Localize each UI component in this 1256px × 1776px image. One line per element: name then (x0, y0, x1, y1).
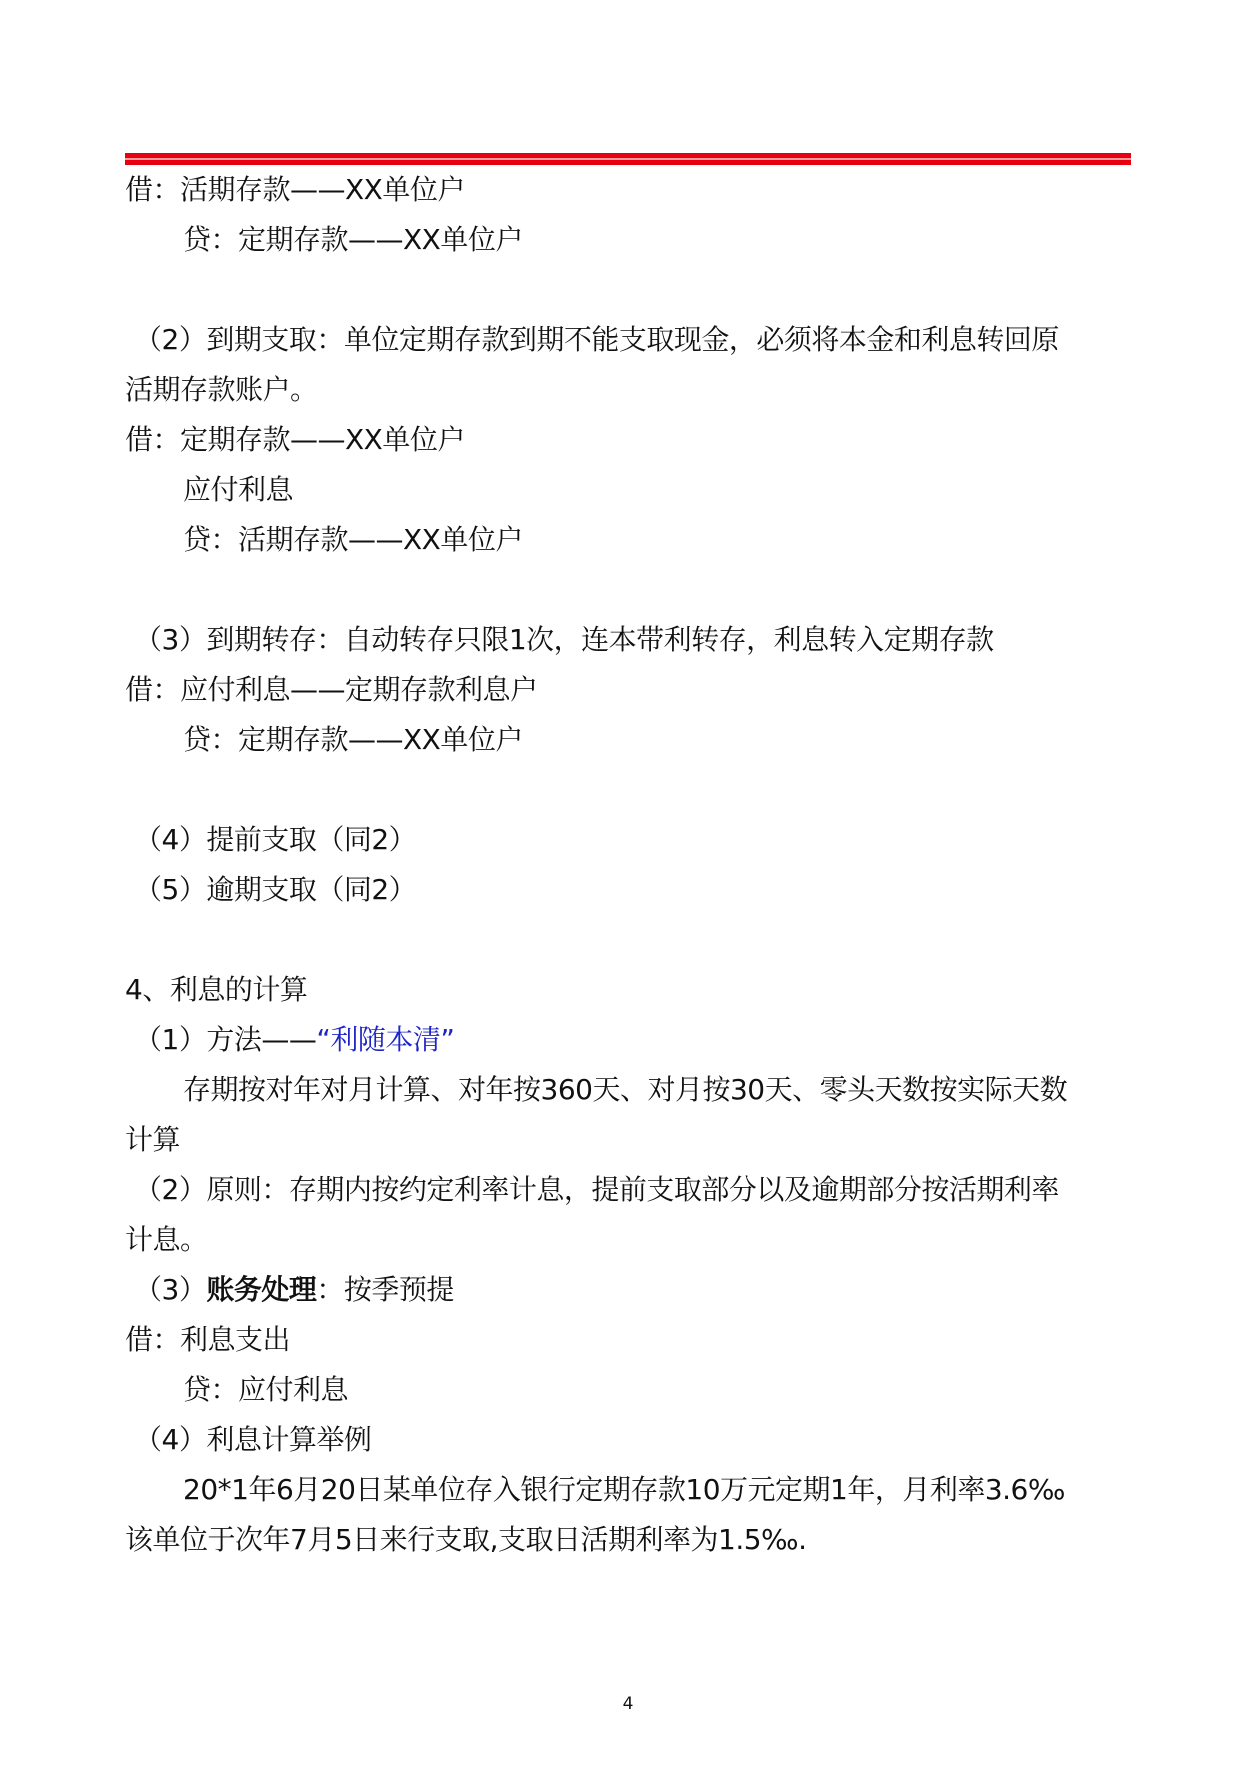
accounting-line: （3）账务处理：按季预提 (134, 1265, 454, 1315)
section4-title: 4、利息的计算 (125, 965, 307, 1015)
item2-heading-cont: 活期存款账户。 (125, 365, 318, 415)
accounting-bold: 账务处理 (206, 1273, 316, 1306)
item2-heading: （2）到期支取：单位定期存款到期不能支取现金，必须将本金和利息转回原 (134, 315, 1059, 365)
accounting-debit: 借：利息支出 (125, 1315, 290, 1365)
method-line: （1）方法——“利随本清” (134, 1015, 454, 1065)
principle: （2）原则：存期内按约定利率计息，提前支取部分以及逾期部分按活期利率 (134, 1165, 1059, 1215)
accounting-suffix: ：按季预提 (316, 1273, 454, 1306)
item3-debit: 借：应付利息——定期存款利息户 (125, 665, 538, 715)
entry1-debit: 借：活期存款——XX单位户 (125, 165, 465, 215)
item2-debit: 借：定期存款——XX单位户 (125, 415, 465, 465)
item3-heading: （3）到期转存：自动转存只限1次，连本带利转存，利息转入定期存款 (134, 615, 994, 665)
principle-cont: 计息。 (125, 1215, 208, 1265)
accounting-credit: 贷：应付利息 (183, 1365, 348, 1415)
item4: （4）提前支取（同2） (134, 815, 416, 865)
example-line2: 该单位于次年7月5日来行支取,支取日活期利率为1.5‰. (125, 1515, 807, 1565)
method-desc: 存期按对年对月计算、对年按360天、对月按30天、零头天数按实际天数 (183, 1065, 1067, 1115)
item2-debit2: 应付利息 (183, 465, 293, 515)
example-line1: 20*1年6月20日某单位存入银行定期存款10万元定期1年，月利率3.6‰ (183, 1465, 1065, 1515)
item3-credit: 贷：定期存款——XX单位户 (183, 715, 523, 765)
example-title: （4）利息计算举例 (134, 1415, 371, 1465)
item5: （5）逾期支取（同2） (134, 865, 416, 915)
method-prefix: （1）方法—— (134, 1023, 316, 1056)
header-rule (125, 153, 1131, 165)
page-number: 4 (0, 1692, 1256, 1716)
accounting-prefix: （3） (134, 1273, 206, 1306)
method-desc-cont: 计算 (125, 1115, 180, 1165)
method-highlight: “利随本清” (316, 1023, 454, 1056)
entry1-credit: 贷：定期存款——XX单位户 (183, 215, 523, 265)
item2-credit: 贷：活期存款——XX单位户 (183, 515, 523, 565)
